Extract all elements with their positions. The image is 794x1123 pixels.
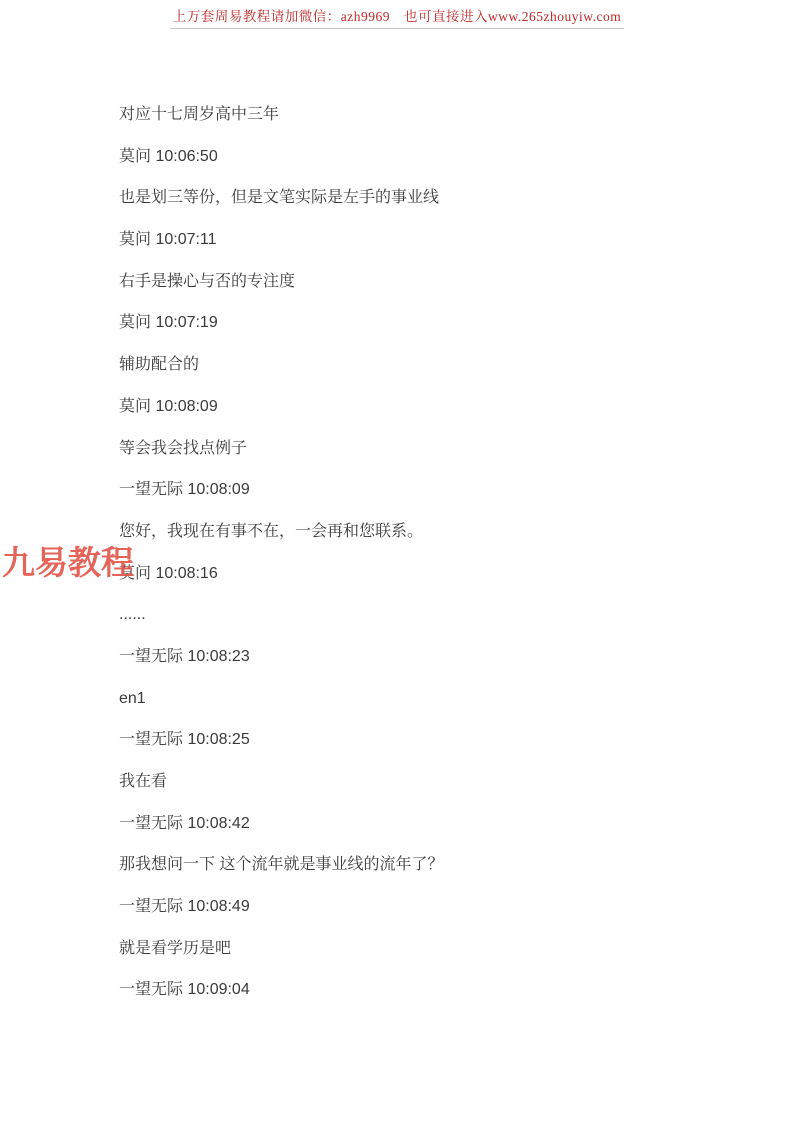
page-header: 上万套周易教程请加微信：azh9969 也可直接进入www.265zhouyiw… [0,5,794,29]
chat-meta-line: 莫问 10:08:09 [119,386,764,428]
chat-message-line: 我在看 [119,761,764,803]
chat-meta-line: 莫问 10:07:19 [119,302,764,344]
chat-meta-line: 一望无际 10:08:09 [119,469,764,511]
chat-meta-line: 一望无际 10:09:04 [119,969,764,1011]
chat-message-line: en1 [119,678,764,720]
chat-message-line: ...... [119,594,764,636]
chat-message-line: 辅助配合的 [119,344,764,386]
chat-meta-line: 一望无际 10:08:23 [119,636,764,678]
chat-meta-line: 莫问 10:07:11 [119,219,764,261]
chat-message-line: 等会我会找点例子 [119,428,764,470]
chat-message-line: 也是划三等份，但是文笔实际是左手的事业线 [119,177,764,219]
chat-message-line: 那我想问一下 这个流年就是事业线的流年了？ [119,844,764,886]
chat-meta-line: 一望无际 10:08:49 [119,886,764,928]
chat-transcript: 对应十七周岁高中三年莫问 10:06:50也是划三等份，但是文笔实际是左手的事业… [119,94,764,1011]
chat-meta-line: 莫问 10:08:16 [119,553,764,595]
watermark-text: 九易教程 [2,546,134,579]
chat-message-line: 就是看学历是吧 [119,928,764,970]
chat-meta-line: 一望无际 10:08:25 [119,719,764,761]
chat-meta-line: 莫问 10:06:50 [119,136,764,178]
document-page: 上万套周易教程请加微信：azh9969 也可直接进入www.265zhouyiw… [0,0,794,1123]
chat-message-line: 对应十七周岁高中三年 [119,94,764,136]
chat-meta-line: 一望无际 10:08:42 [119,803,764,845]
chat-message-line: 右手是操心与否的专注度 [119,261,764,303]
chat-message-line: 您好，我现在有事不在，一会再和您联系。 [119,511,764,553]
promo-notice-text: 上万套周易教程请加微信：azh9969 也可直接进入www.265zhouyiw… [170,5,624,29]
